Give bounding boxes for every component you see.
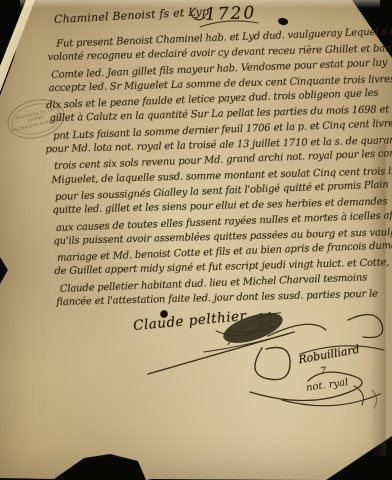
manuscript-body: Fut present Benoist Chaminel hab. et Lyd… <box>50 25 392 311</box>
year-heading: 1720 <box>205 3 257 25</box>
signature-notary-mark: 7 <box>319 366 326 378</box>
scanned-manuscript-page: Chaminel Benoist fs et Lyp 1720 Archives… <box>0 0 392 480</box>
